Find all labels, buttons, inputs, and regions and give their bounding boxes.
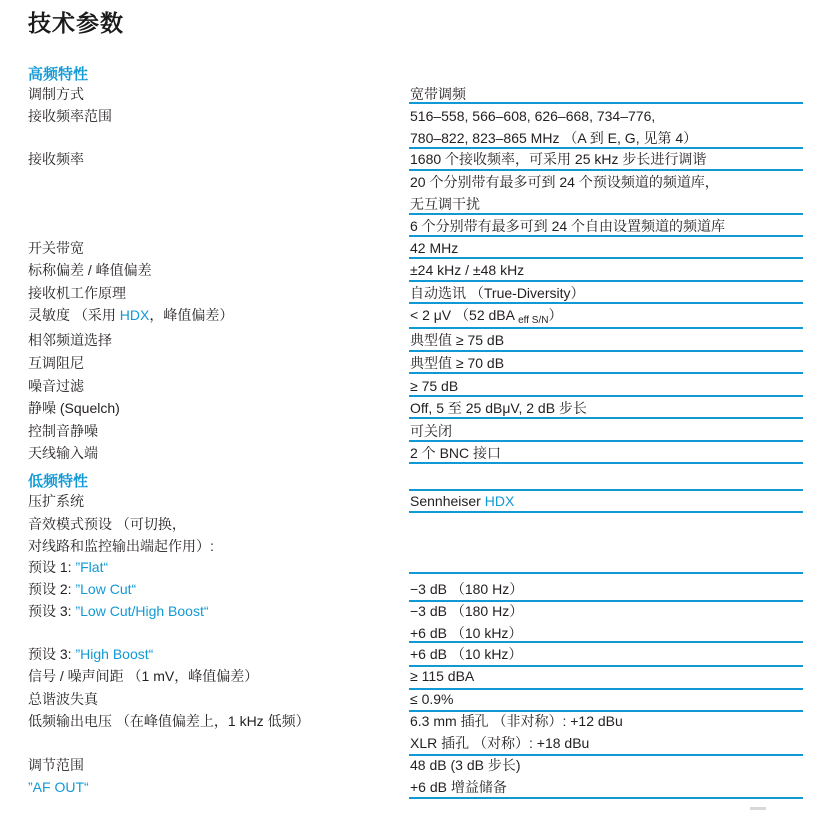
value-adj-headroom: +6 dB 增益储备: [410, 779, 507, 795]
label-sensitivity-post: ，峰值偏差）: [149, 307, 233, 323]
divider: [409, 327, 803, 329]
value-adj-range: 48 dB (3 dB 步长): [410, 757, 521, 773]
divider: [409, 213, 803, 215]
value-rx-range-line1: 516–558, 566–608, 626–668, 734–776,: [410, 108, 655, 124]
label-rx-range: 接收频率范围: [28, 108, 112, 124]
label-preset3a: 预设 3: ”Low Cut/High Boost“: [28, 603, 209, 619]
divider: [409, 417, 803, 419]
label-preset1-pre: 预设 1:: [28, 559, 75, 575]
divider: [409, 280, 803, 282]
divider: [409, 600, 803, 602]
value-sensitivity-subscript: eff S/N: [518, 315, 548, 326]
value-snr: ≥ 115 dBA: [410, 668, 474, 684]
label-adjacent-channel: 相邻频道选择: [28, 332, 112, 348]
label-adj-range: 调节范围: [28, 757, 84, 773]
section-hf-header: 高频特性: [28, 63, 88, 84]
label-squelch: 静噪 (Squelch): [28, 400, 120, 416]
page-title: 技术参数: [28, 5, 124, 38]
label-preset3a-pre: 预设 3:: [28, 603, 75, 619]
label-rx-freq: 接收频率: [28, 151, 84, 167]
value-preset3b: +6 dB （10 kHz）: [410, 646, 522, 662]
label-switch-bw: 开关带宽: [28, 240, 84, 256]
label-preset1: 预设 1: ”Flat“: [28, 559, 108, 575]
label-compander: 压扩系统: [28, 493, 84, 509]
label-intermod: 互调阻尼: [28, 355, 84, 371]
value-rx-freq: 1680 个接收频率，可采用 25 kHz 步长进行调谐: [410, 151, 706, 167]
value-compander-pre: Sennheiser: [410, 493, 485, 509]
value-rx-range-line2: 780–822, 823–865 MHz （A 到 E, G, 见第 4）: [410, 130, 697, 146]
label-preset3b: 预设 3: ”High Boost“: [28, 646, 153, 662]
label-sound-mode-line1: 音效模式预设 （可切换，: [28, 516, 186, 532]
divider: [409, 665, 803, 667]
divider: [409, 395, 803, 397]
label-noise-filter: 噪音过滤: [28, 378, 84, 394]
section-lf-header: 低频特性: [28, 470, 88, 491]
divider: [409, 641, 803, 643]
value-antenna-input: 2 个 BNC 接口: [410, 445, 501, 461]
divider: [409, 372, 803, 374]
value-squelch: Off, 5 至 25 dBμV, 2 dB 步长: [410, 400, 587, 416]
divider: [409, 462, 803, 464]
value-preset2: −3 dB （180 Hz）: [410, 581, 523, 597]
divider: [409, 572, 803, 574]
label-af-out: ”AF OUT“: [28, 779, 89, 795]
divider: [409, 302, 803, 304]
divider: [409, 797, 803, 799]
label-pilot-squelch: 控制音静噪: [28, 423, 98, 439]
value-bank-preset-line2: 无互调干扰: [410, 196, 480, 212]
value-thd: ≤ 0.9%: [410, 691, 453, 707]
divider: [409, 511, 803, 513]
label-thd: 总谐波失真: [28, 691, 98, 707]
value-preset3a-line2: +6 dB （10 kHz）: [410, 625, 522, 641]
spec-sheet-page: 技术参数 高频特性 调制方式 接收频率范围 接收频率 开关带宽 标称偏差 / 峰…: [0, 0, 820, 816]
value-noise-filter: ≥ 75 dB: [410, 378, 458, 394]
label-af-output-voltage: 低频输出电压 （在峰值偏差上，1 kHz 低频）: [28, 713, 310, 729]
value-output-jack: 6.3 mm 插孔 （非对称）: +12 dBu: [410, 713, 623, 729]
value-switch-bw: 42 MHz: [410, 240, 458, 256]
label-sensitivity: 灵敏度 （采用 HDX，峰值偏差）: [28, 307, 233, 323]
label-sound-mode-line2: 对线路和监控输出端起作用）:: [28, 538, 214, 554]
value-compander: Sennheiser HDX: [410, 493, 514, 509]
label-deviation: 标称偏差 / 峰值偏差: [28, 262, 152, 278]
value-adjacent-channel: 典型值 ≥ 75 dB: [410, 332, 504, 348]
label-preset2-pre: 预设 2:: [28, 581, 75, 597]
page-artifact: [750, 807, 766, 810]
value-pilot-squelch: 可关闭: [410, 423, 452, 439]
label-snr: 信号 / 噪声间距 （1 mV，峰值偏差）: [28, 668, 258, 684]
divider: [409, 102, 803, 104]
label-preset3b-pre: 预设 3:: [28, 646, 75, 662]
value-sensitivity-post: ）: [548, 307, 562, 323]
divider: [409, 147, 803, 149]
value-output-xlr: XLR 插孔 （对称）: +18 dBu: [410, 735, 589, 751]
preset3a-name-text: ”Low Cut/High Boost“: [75, 603, 208, 619]
value-sensitivity-pre: < 2 μV （52 dBA: [410, 307, 518, 323]
divider: [409, 350, 803, 352]
label-principle: 接收机工作原理: [28, 285, 126, 301]
preset2-name-text: ”Low Cut“: [75, 581, 136, 597]
label-preset2: 预设 2: ”Low Cut“: [28, 581, 136, 597]
value-deviation: ±24 kHz / ±48 kHz: [410, 262, 524, 278]
hdx-text: HDX: [120, 307, 150, 323]
value-preset3a-line1: −3 dB （180 Hz）: [410, 603, 523, 619]
divider: [409, 169, 803, 171]
divider: [409, 235, 803, 237]
value-intermod: 典型值 ≥ 70 dB: [410, 355, 504, 371]
divider: [409, 754, 803, 756]
hdx-text: HDX: [485, 493, 515, 509]
value-bank-free: 6 个分别带有最多可到 24 个自由设置频道的频道库: [410, 218, 725, 234]
label-modulation: 调制方式: [28, 86, 84, 102]
divider: [409, 710, 803, 712]
divider: [409, 489, 803, 491]
value-principle: 自动选讯 （True-Diversity）: [410, 285, 585, 301]
divider: [409, 688, 803, 690]
preset3b-name-text: ”High Boost“: [75, 646, 153, 662]
divider: [409, 257, 803, 259]
preset1-name-text: ”Flat“: [75, 559, 108, 575]
value-sensitivity: < 2 μV （52 dBA eff S/N）: [410, 307, 562, 329]
label-antenna-input: 天线输入端: [28, 445, 98, 461]
label-sensitivity-pre: 灵敏度 （采用: [28, 307, 120, 323]
divider: [409, 440, 803, 442]
value-modulation: 宽带调频: [410, 86, 466, 102]
value-bank-preset-line1: 20 个分别带有最多可到 24 个预设频道的频道库，: [410, 174, 719, 190]
